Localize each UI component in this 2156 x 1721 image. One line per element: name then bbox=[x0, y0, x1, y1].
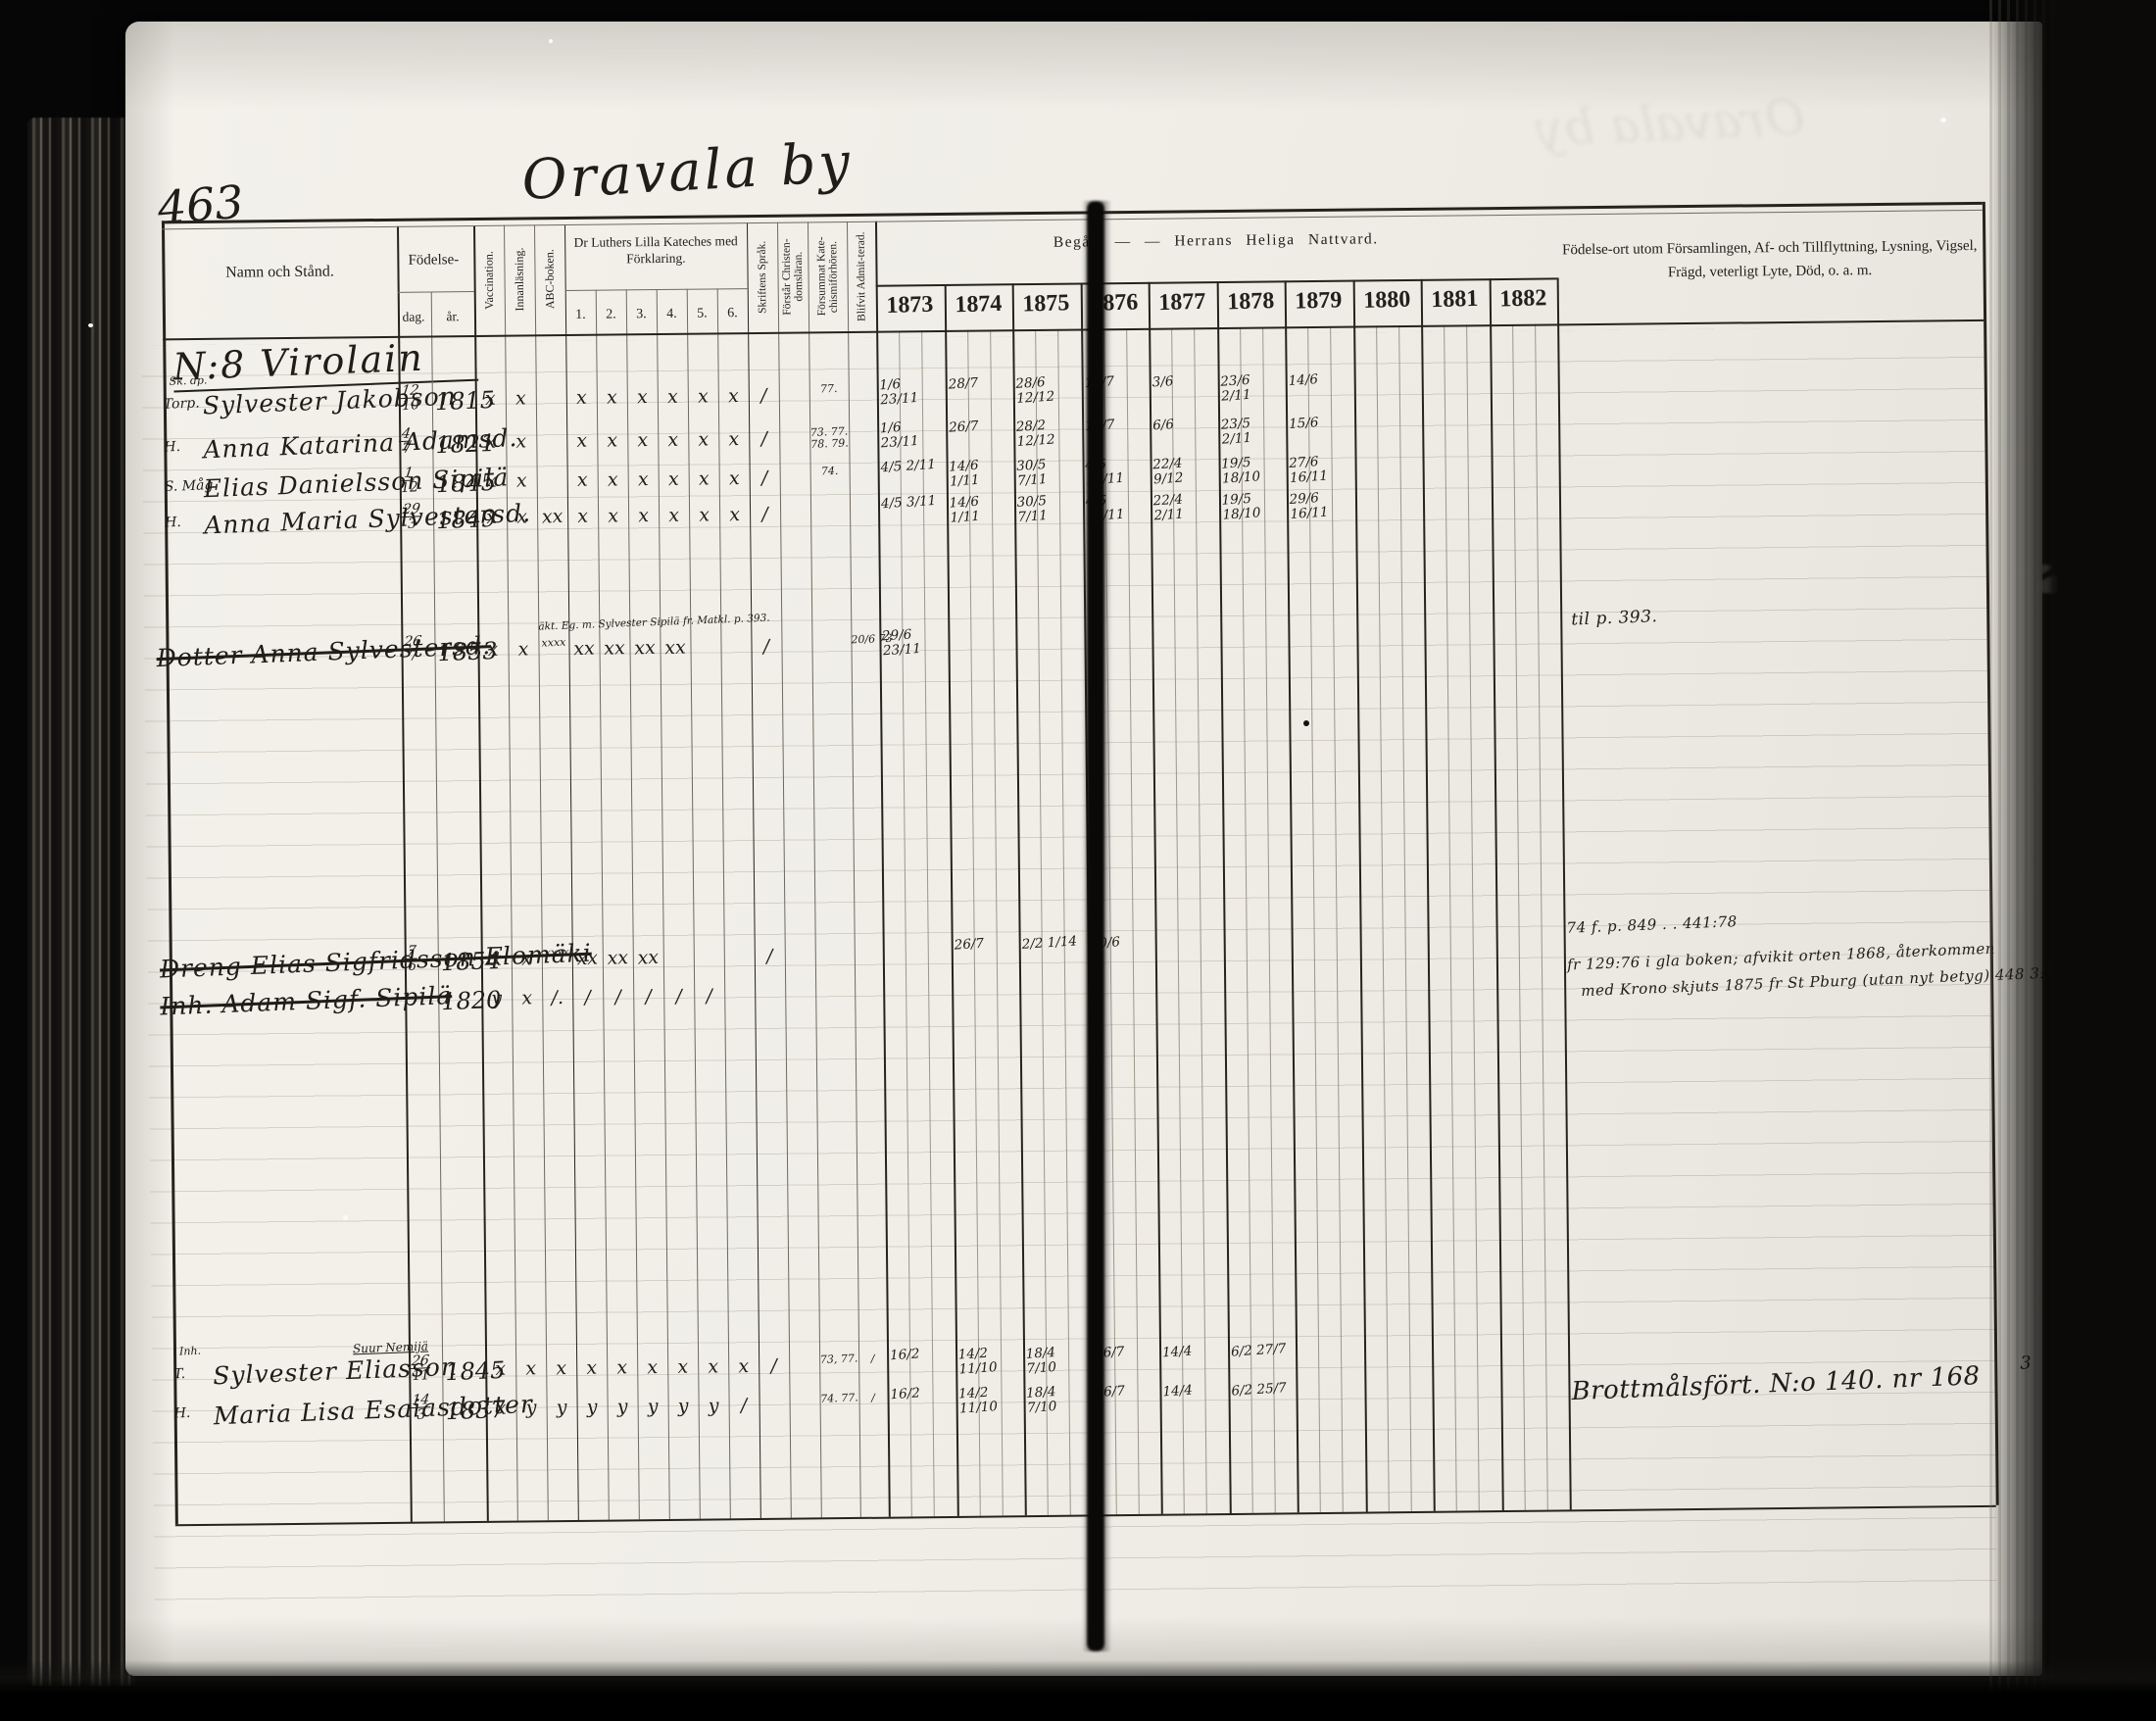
communion-entry: 1/6 23/11 bbox=[879, 374, 944, 407]
birth-day-fraction: 143 bbox=[410, 1393, 432, 1422]
dust-speck bbox=[88, 323, 93, 327]
catechism-mark: x bbox=[718, 468, 750, 490]
catechism-mark: / bbox=[748, 385, 779, 407]
header-missed-examinations: Försummat Kate-chismiförhören. bbox=[808, 224, 848, 328]
communion-entry: 14/2 11/10 bbox=[957, 1345, 1022, 1377]
communion-entry: 19/5 18/10 bbox=[1221, 490, 1286, 522]
year-label: 1881 bbox=[1420, 286, 1489, 315]
catechism-mark: x bbox=[475, 470, 507, 492]
catechism-mark: xx bbox=[629, 638, 661, 660]
communion-entry: 22/4 2/11 bbox=[1152, 490, 1217, 522]
catechism-mark: x bbox=[597, 430, 628, 452]
catechism-mark: x bbox=[576, 1357, 608, 1379]
catechism-mark: 20/6 73 bbox=[851, 633, 879, 646]
year-label: 1873 bbox=[876, 291, 945, 320]
header-birth-day: dag. bbox=[396, 309, 431, 324]
communion-entry: 19/5 18/10 bbox=[1220, 454, 1285, 486]
catechism-mark: x bbox=[508, 639, 539, 661]
catechism-mark: x bbox=[512, 988, 543, 1009]
communion-entry: 29/6 23/11 bbox=[882, 625, 947, 658]
catechism-mark: y bbox=[576, 1397, 608, 1418]
communion-entry: 18/4 7/10 bbox=[1026, 1383, 1091, 1415]
header-script-language: Skriftens Språk. bbox=[747, 225, 778, 329]
catechism-mark: / bbox=[749, 467, 780, 489]
catechism-mark: x bbox=[506, 470, 537, 492]
header-reading: Innanläsning. bbox=[504, 227, 535, 331]
catechism-mark: x bbox=[657, 386, 688, 408]
catechism-mark: y bbox=[481, 988, 513, 1009]
catechism-subcolumn-label: 2. bbox=[596, 307, 626, 322]
communion-entry: 23/6 2/11 bbox=[1219, 371, 1284, 404]
bleedthrough-ghost-text: Oravala by bbox=[1118, 89, 1806, 177]
page-title: Oravala by bbox=[520, 130, 855, 213]
catechism-mark: xx bbox=[571, 948, 603, 969]
catechism-subcolumn-label: 3. bbox=[626, 307, 657, 322]
catechism-mark: xx bbox=[599, 638, 630, 660]
catechism-subcolumn-label: 5. bbox=[687, 306, 717, 321]
catechism-mark: / bbox=[858, 1392, 887, 1404]
catechism-mark: x bbox=[658, 429, 689, 451]
birth-day-fraction: 112 bbox=[400, 466, 418, 495]
year-label: 1880 bbox=[1352, 286, 1421, 315]
communion-entry: 29/6 16/11 bbox=[1289, 489, 1353, 521]
catechism-mark: / bbox=[728, 1396, 759, 1417]
margin-notes: til p. 393.74 f. p. 849 . . 441:78fr 129… bbox=[0, 0, 2146, 2]
header-admitted: Blifvit Admit-terad. bbox=[847, 224, 876, 328]
catechism-mark: x bbox=[687, 386, 718, 408]
catechism-mark: / bbox=[694, 986, 725, 1008]
communion-entry: 18/4 7/10 bbox=[1025, 1344, 1090, 1376]
catechism-mark: x bbox=[596, 387, 627, 409]
header-name-column: Namn och Stånd. bbox=[162, 263, 397, 283]
catechism-mark: x bbox=[515, 1358, 547, 1380]
catechism-mark: 73, 77. bbox=[819, 1352, 858, 1366]
catechism-mark: / bbox=[572, 987, 604, 1008]
grid-hline bbox=[398, 291, 474, 293]
catechism-mark: x bbox=[546, 1358, 577, 1380]
catechism-mark: x bbox=[728, 1356, 759, 1378]
catechism-mark: x bbox=[485, 1398, 516, 1419]
margin-note: til p. 393. bbox=[1571, 607, 1658, 629]
communion-entry: 14/6 1/11 bbox=[949, 493, 1013, 525]
catechism-mark: 74. 77. bbox=[819, 1392, 858, 1405]
catechism-mark: x bbox=[718, 429, 750, 451]
catechism-mark: xx bbox=[632, 948, 663, 969]
header-notes-line2: Frägd, veterligt Lyte, Död, o. a. m. bbox=[1561, 262, 1978, 282]
catechism-mark: x bbox=[658, 468, 689, 490]
catechism-mark: y bbox=[667, 1396, 699, 1417]
communion-entry: 28/2 12/12 bbox=[1015, 417, 1080, 449]
dust-speck bbox=[1940, 118, 1946, 123]
year-label: 1874 bbox=[944, 291, 1012, 320]
catechism-subcolumns: 1.2.3.4.5.6. bbox=[0, 0, 2146, 2]
ink-dot bbox=[1303, 720, 1309, 726]
birth-day-fraction: 76 bbox=[405, 944, 418, 973]
catechism-mark: 73. 77. 78. 79. bbox=[809, 425, 850, 451]
catechism-mark: xx bbox=[537, 507, 568, 528]
year-column-labels: 1873187418751876187718781879188018811882 bbox=[0, 0, 2146, 2]
catechism-mark: x bbox=[627, 469, 659, 491]
row-prefix: H. bbox=[173, 1405, 190, 1422]
catechism-mark: x bbox=[607, 1357, 638, 1379]
catechism-mark: / bbox=[858, 1352, 887, 1365]
table-grid bbox=[0, 0, 2146, 2]
communion-entry: 23/5 2/11 bbox=[1220, 415, 1285, 447]
catechism-mark: x bbox=[505, 388, 536, 410]
catechism-mark: / bbox=[603, 987, 634, 1008]
catechism-mark: x bbox=[698, 1356, 729, 1378]
birth-day-fraction: 293 bbox=[400, 502, 422, 531]
catechism-mark: x bbox=[719, 505, 751, 526]
catechism-mark: / bbox=[751, 636, 782, 658]
catechism-mark: x bbox=[507, 507, 538, 528]
catechism-mark: x bbox=[667, 1356, 699, 1378]
catechism-mark: x bbox=[475, 431, 507, 453]
year-label: 1878 bbox=[1216, 288, 1285, 317]
catechism-mark: xx bbox=[602, 948, 633, 969]
catechism-mark: x bbox=[476, 507, 508, 528]
communion-entry: 30/5 7/11 bbox=[1016, 456, 1081, 488]
catechism-mark: x bbox=[485, 1358, 516, 1380]
birth-day-fraction: 267 bbox=[402, 634, 424, 664]
dust-speck bbox=[343, 1215, 348, 1220]
row-prefix-note: Inh. bbox=[179, 1345, 201, 1358]
header-birth-group: Födelse- bbox=[393, 252, 473, 270]
communion-entry: 1/6 23/11 bbox=[879, 418, 944, 450]
header-abc-book: ABC-boken. bbox=[534, 227, 565, 331]
table-rows: Sk. dp.Torp.Sylvester Jakobson12101815xx… bbox=[0, 0, 2146, 2]
year-label: 1875 bbox=[1012, 290, 1081, 319]
header-notes-line1: Födelse-ort utom Församlingen, Af- och T… bbox=[1561, 238, 1978, 259]
catechism-mark: x bbox=[566, 469, 598, 491]
catechism-mark: y bbox=[698, 1396, 729, 1417]
catechism-mark: / bbox=[663, 986, 695, 1008]
row-prefix-note: Sk. dp. bbox=[169, 373, 207, 387]
catechism-mark: / bbox=[633, 987, 664, 1008]
catechism-mark: x bbox=[626, 387, 658, 409]
catechism-mark: xx bbox=[568, 638, 600, 660]
catechism-subcolumn-label: 4. bbox=[657, 307, 687, 322]
birth-day-fraction: 1210 bbox=[399, 383, 421, 413]
catechism-mark: 77. bbox=[809, 382, 849, 396]
catechism-mark: x bbox=[511, 949, 542, 970]
communion-entry: 28/6 12/12 bbox=[1015, 373, 1080, 406]
catechism-mark: x bbox=[565, 387, 597, 409]
birth-day-fraction: 2611 bbox=[410, 1353, 432, 1383]
page-content: Oravala by 463 Oravala by N:8 Virolain N… bbox=[0, 0, 2156, 1721]
dust-speck bbox=[549, 39, 553, 43]
page-number: 463 bbox=[156, 174, 246, 234]
catechism-mark: / bbox=[754, 946, 785, 967]
communion-entry: 27/6 16/11 bbox=[1289, 453, 1353, 485]
catechism-mark: x bbox=[627, 430, 659, 452]
year-label: 1879 bbox=[1284, 287, 1352, 316]
row-prefix: H. bbox=[164, 439, 180, 456]
year-label: 1877 bbox=[1149, 288, 1217, 317]
communion-entry: 22/4 9/12 bbox=[1152, 454, 1217, 486]
row-prefix: Torp. bbox=[164, 395, 200, 412]
catechism-mark: xxxx bbox=[538, 637, 568, 650]
row-prefix: H. bbox=[165, 515, 181, 531]
book-edge-bottom bbox=[0, 1660, 2156, 1721]
catechism-mark: x bbox=[628, 506, 660, 527]
catechism-mark: y bbox=[515, 1398, 547, 1419]
catechism-mark: x bbox=[474, 388, 506, 410]
catechism-mark: xxxx bbox=[542, 947, 572, 959]
catechism-mark: / bbox=[749, 428, 780, 450]
catechism-mark: x bbox=[717, 386, 749, 408]
catechism-mark: x bbox=[688, 468, 719, 490]
year-label: 1882 bbox=[1489, 285, 1557, 314]
row-prefix: T. bbox=[173, 1366, 185, 1382]
header-understands-doctrine: Förstår Christen-domsläran. bbox=[777, 224, 808, 328]
catechism-mark: x bbox=[598, 506, 629, 527]
catechism-mark: x bbox=[566, 430, 598, 452]
header-vaccination: Vaccination. bbox=[473, 228, 505, 332]
communion-entry: 14/2 11/10 bbox=[957, 1384, 1022, 1416]
church-book-scan: Oravala by 463 Oravala by N:8 Virolain N… bbox=[0, 0, 2156, 1721]
catechism-mark: y bbox=[607, 1397, 638, 1418]
catechism-mark: / bbox=[750, 504, 781, 525]
communion-entry: 14/6 1/11 bbox=[948, 457, 1012, 489]
catechism-mark: /. bbox=[542, 988, 573, 1009]
book-edge-right bbox=[1989, 0, 2156, 1721]
catechism-mark: x bbox=[477, 639, 509, 661]
catechism-mark: x bbox=[689, 505, 720, 526]
catechism-mark: y bbox=[546, 1398, 577, 1419]
header-catechism-group: Dr Luthers Lilla Kateches med Förklaring… bbox=[569, 233, 742, 269]
catechism-mark: x bbox=[597, 469, 628, 491]
catechism-mark: 74. bbox=[809, 465, 849, 478]
catechism-subcolumn-label: 6. bbox=[717, 306, 748, 321]
communion-entry: 30/5 7/11 bbox=[1016, 492, 1081, 524]
catechism-mark: x bbox=[480, 949, 512, 970]
header-birth-year: år. bbox=[431, 309, 474, 324]
catechism-subcolumn-label: 1. bbox=[565, 308, 596, 323]
gutter-fold-shadow bbox=[1082, 201, 1111, 1651]
catechism-mark: x bbox=[637, 1357, 668, 1379]
catechism-mark: xx bbox=[660, 637, 691, 659]
catechism-mark: / bbox=[759, 1355, 790, 1377]
birth-day-fraction: 47 bbox=[400, 426, 414, 456]
catechism-mark: x bbox=[659, 505, 690, 526]
catechism-mark: x bbox=[688, 429, 719, 451]
header-communion-title: Begått — — Herrans Heliga Nattvard. bbox=[875, 228, 1556, 253]
catechism-mark: x bbox=[567, 506, 599, 527]
catechism-mark: x bbox=[506, 431, 537, 453]
catechism-mark: y bbox=[637, 1397, 668, 1418]
